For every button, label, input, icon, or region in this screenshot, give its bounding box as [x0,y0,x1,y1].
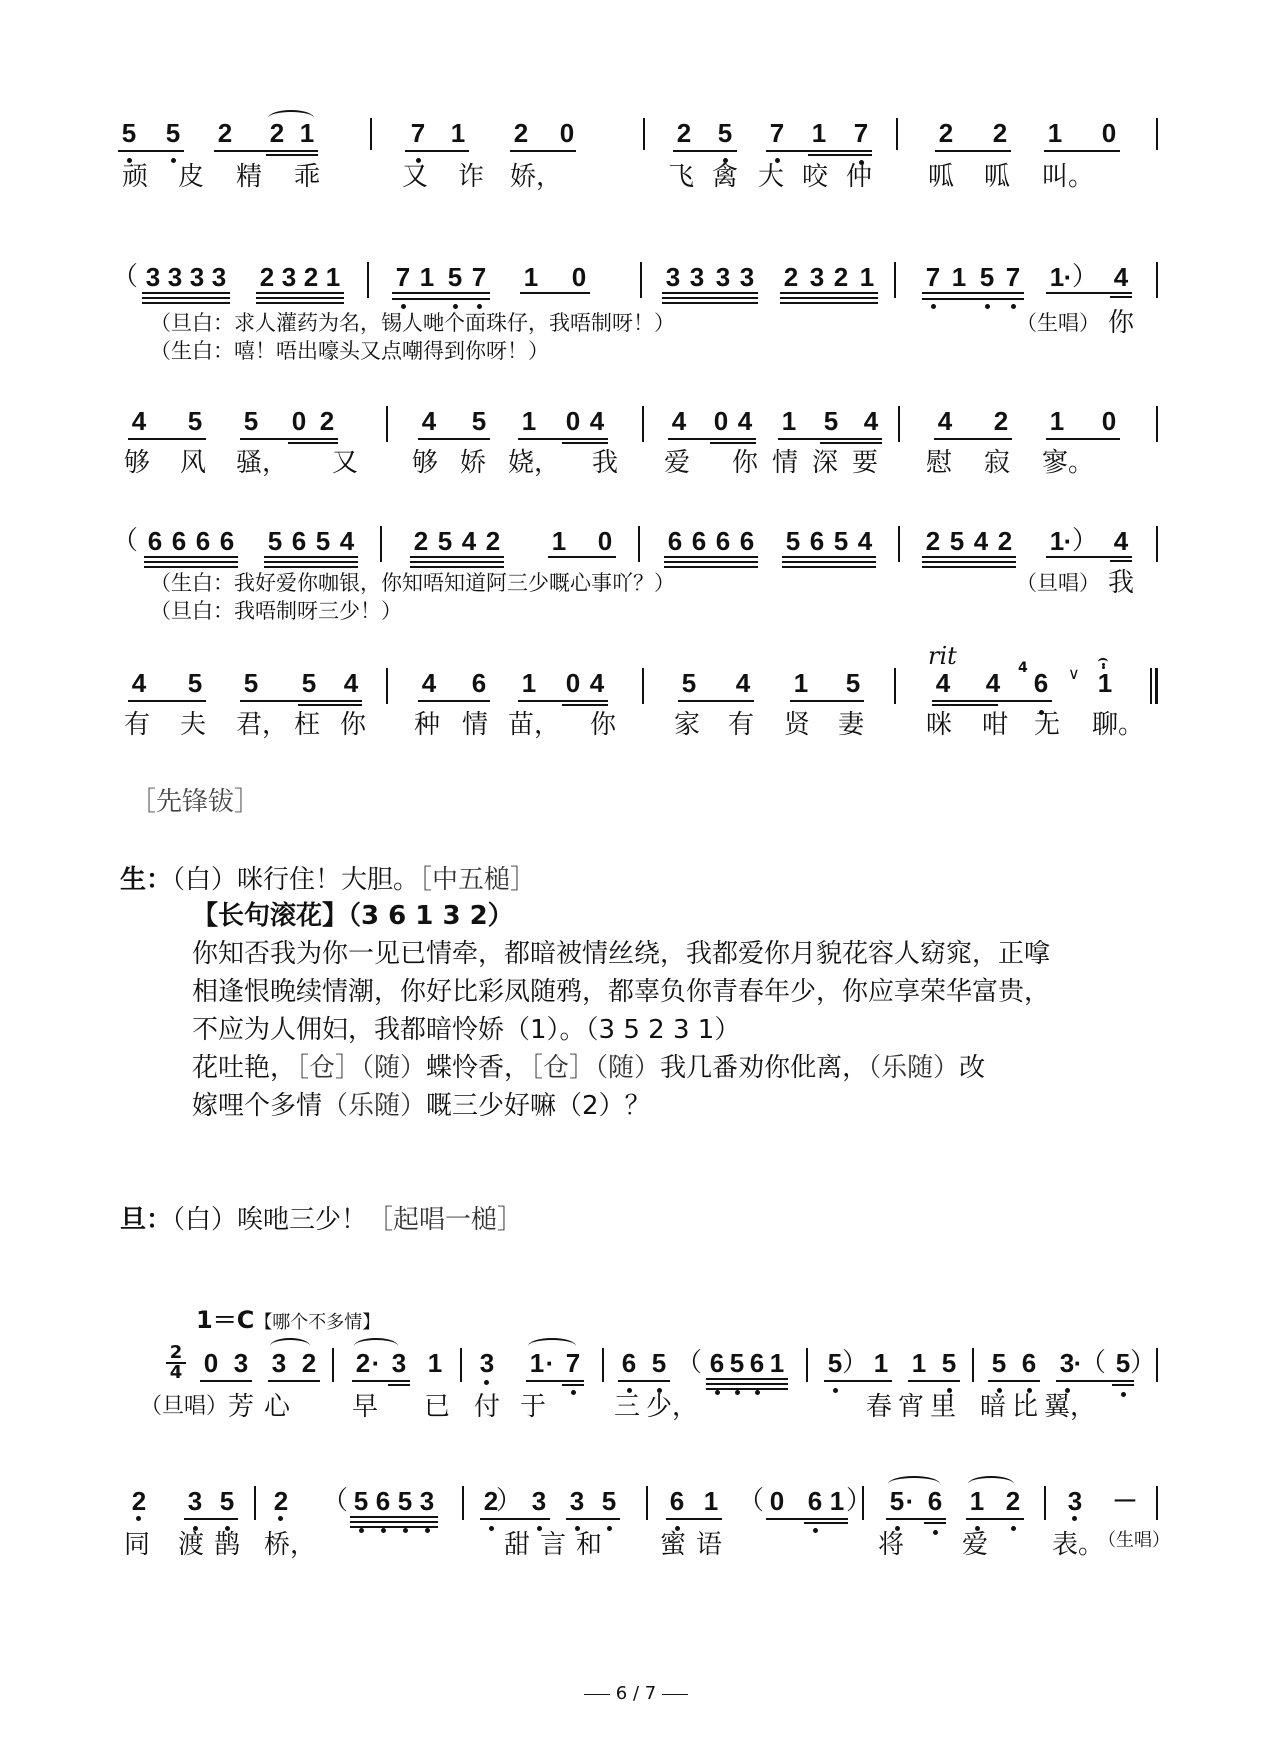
lyric: 已 [424,1392,450,1422]
spoken-dialogue: （生白：嘻！唔出嚎头又点嘲得到你呀！） [150,338,549,364]
lyric-paragraph: 花吐艳，［仓］（随）蝶怜香，［仓］（随）我几番劝你仳离，（乐随）改 [192,1050,985,1086]
lyric: 风 [180,448,206,478]
lyric: 家 [674,710,700,740]
lyric: 甜 [504,1530,530,1560]
lyric: 种 [414,710,440,740]
lyric: 你 [1108,308,1134,338]
lyric: 又 [332,448,358,478]
percussion-cue: ［中五槌］ [419,865,536,895]
spoken-dialogue: （旦白：求人灌药为名，锡人哋个面珠仔，我唔制呀！） [150,310,675,336]
spoken-dialogue: （旦白：我唔制呀三少！） [150,598,402,624]
lyric: 桥， [264,1530,316,1560]
key-signature: 1＝C【哪个不多情】 [196,1300,380,1335]
lyric: 呱 [984,162,1010,192]
lyric: 情 [462,710,488,740]
lyric: 诈 [458,162,484,192]
lyric: 精 [236,162,262,192]
lyric: 情 [772,448,798,478]
spoken-dialogue: （生白：我好爱你咖银，你知唔知道阿三少嘅心事吖？） [150,570,675,596]
lyric: 够 [124,448,150,478]
spoken-line: （白）唉吔三少！ [172,1205,367,1235]
lyric: 你 [340,710,366,740]
note: 5 [162,118,184,148]
lyric: 你 [732,448,758,478]
lyric: 聊。 [1092,710,1144,740]
lyric: 鹊 [214,1530,240,1560]
lyric: 心 [264,1392,290,1422]
tune-name: 【长句滚花】 [192,901,348,931]
singer-cue: （旦唱） [140,1394,228,1420]
lyric: 爱 [962,1530,988,1560]
lyric: 早 [352,1392,378,1422]
lyric: 娇 [460,448,486,478]
lyric: 咁 [982,710,1008,740]
lyric: 呱 [928,162,954,192]
lyric: 要 [852,448,878,478]
lyric: 骚， [236,448,288,478]
lyric-paragraph: 不应为人佣妇，我都暗怜娇（1）。 [192,1015,586,1045]
lyric: 暗 [980,1392,1006,1422]
lyric: 有 [728,710,754,740]
lyric-paragraph: 你知否我为你一见已情牵，都暗被情丝绕，我都爱你月貌花容人窈窕，正嗱 [192,936,1050,972]
percussion-cue: ［先锋钹］ [130,784,260,820]
page-number: 6 / 7 [0,1683,1272,1704]
lyric: 大 [758,162,784,192]
lyric: 够 [412,448,438,478]
lyric: 语 [696,1530,722,1560]
lyric: 娇， [510,162,562,192]
lyric: 枉 [294,710,320,740]
tempo-mark-rit: rit [928,642,957,670]
lyric: 和 [576,1530,602,1560]
lyric: 三 [614,1392,640,1422]
lyric-paragraph: 相逢恨晚续情潮，你好比彩凤随鸦，都辜负你青春年少，你应享荣华富贵， [192,974,1050,1010]
lyric: 妻 [838,710,864,740]
open-paren: （ [112,526,138,556]
role-label: 旦： [120,1205,172,1235]
lyric: 里 [930,1392,956,1422]
lyric: 乖 [294,162,320,192]
lyric: 同 [124,1530,150,1560]
lyric: 禽 [712,162,738,192]
lyric: 将 [878,1530,904,1560]
lyric: 苗， [508,710,560,740]
percussion-cue: ［起唱一槌］ [367,1205,523,1235]
role-label: 生： [120,865,172,895]
lyric: 我 [1108,568,1134,598]
lyric: 比 [1012,1392,1038,1422]
lyric: 娆， [508,448,560,478]
lyric: 仲 [846,162,872,192]
lyric: 于 [520,1392,546,1422]
tune-name: 【哪个不多情】 [254,1312,380,1333]
lyric: 春 [866,1392,892,1422]
open-paren: （ [112,262,138,292]
lyric: 付 [474,1392,500,1422]
lyric: 贤 [784,710,810,740]
lyric: 又 [402,162,428,192]
lyric: 爱 [664,448,690,478]
lyric: 深 [812,448,838,478]
singer-cue: （旦唱） [1016,570,1100,596]
lyric: 芳 [228,1392,254,1422]
singer-cue: （生唱） [1098,1528,1170,1554]
lyric-paragraph: 嫁哩个多情（乐随）嘅三少好嘛（2）？ [192,1088,651,1124]
lyric: 蜜 [660,1530,686,1560]
note: 5 [118,118,140,148]
lyric: 有 [124,710,150,740]
lyric: 君， [236,710,288,740]
lyric: 夫 [180,710,206,740]
lyric: 无 [1034,710,1060,740]
lyric: 皮 [178,162,204,192]
time-signature: 2 4 [166,1344,186,1382]
lyric: 你 [590,710,616,740]
tune-notes: （3 6 1 3 2） [348,901,514,931]
lyric: 叫。 [1042,162,1094,192]
lyric: 顽 [122,162,148,192]
lyric: 少， [646,1392,698,1422]
tie [268,110,314,126]
lyric: 翼， [1044,1392,1096,1422]
lyric: 言 [540,1530,566,1560]
singer-cue: （生唱） [1016,310,1100,336]
lyric: 渡 [178,1530,204,1560]
note: 2 [214,118,236,148]
lyric: 慰 [926,448,952,478]
tune-notes: （3 5 2 3 1） [586,1015,741,1045]
lyric: 飞 [668,162,694,192]
lyric: 表。 [1052,1530,1104,1560]
spoken-line: （白）咪行住！大胆。 [172,865,419,895]
lyric: 我 [592,448,618,478]
lyric: 咬 [802,162,828,192]
lyric: 寥。 [1042,448,1094,478]
lyric: 咪 [926,710,952,740]
lyric: 宵 [898,1392,924,1422]
lyric: 寂 [984,448,1010,478]
